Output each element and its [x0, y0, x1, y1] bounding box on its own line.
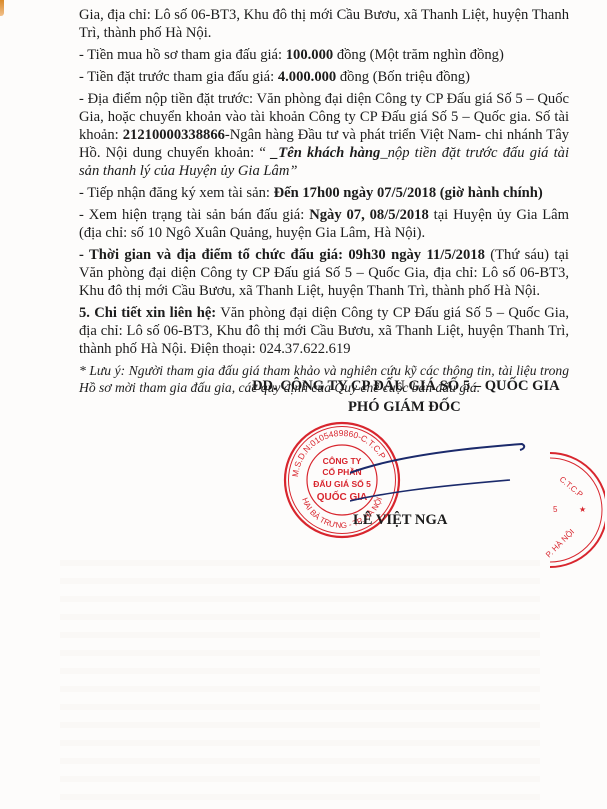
handwritten-signature-icon	[350, 440, 530, 530]
signer-name: LÊ VIỆT NGA	[353, 512, 447, 529]
text-run: _Tên khách hàng	[271, 145, 380, 161]
text-run: 21210000338866	[123, 127, 225, 143]
paragraph-deposit-location: - Địa điểm nộp tiền đặt trước: Văn phòng…	[79, 90, 569, 180]
svg-text:CỔ PHẦN: CỔ PHẦN	[322, 466, 361, 477]
svg-text:★: ★	[579, 505, 586, 514]
paragraph-viewing: - Xem hiện trạng tài sản bán đấu giá: Ng…	[79, 206, 569, 242]
paragraph-contact: 5. Chi tiết xin liên hệ: Văn phòng đại d…	[79, 304, 569, 358]
text-run: - Thời gian và địa điểm tổ chức đấu giá:…	[79, 247, 485, 263]
paper-bleed-through	[60, 560, 540, 800]
svg-text:QUỐC GIA: QUỐC GIA	[317, 489, 368, 503]
text-run: 5. Chi tiết xin liên hệ:	[79, 305, 216, 321]
text-run: - Tiền mua hồ sơ tham gia đấu giá:	[79, 47, 286, 63]
text-run: Gia, địa chỉ: Lô số 06-BT3, Khu đô thị m…	[79, 7, 569, 41]
svg-text:M.S.D.N:0105489860-C.T.C.P: M.S.D.N:0105489860-C.T.C.P	[290, 428, 388, 478]
text-run: 4.000.000	[278, 69, 336, 85]
role-title: PHÓ GIÁM ĐỐC	[348, 399, 461, 416]
partial-seal-icon: C.T.C.P ★ 5 P. HÀ NỘI	[545, 450, 605, 570]
svg-text:5: 5	[553, 505, 558, 514]
text-run: đồng (Một trăm nghìn đồng)	[333, 47, 504, 63]
company-seal-icon: M.S.D.N:0105489860-C.T.C.P HAI BÀ TRƯNG …	[282, 420, 402, 540]
paragraph-deposit-amount: - Tiền đặt trước tham gia đấu giá: 4.000…	[79, 68, 569, 86]
document-body: Gia, địa chỉ: Lô số 06-BT3, Khu đô thị m…	[79, 6, 569, 400]
text-run: Ngày 07, 08/5/2018	[309, 207, 429, 223]
text-run: Đến 17h00 ngày 07/5/2018 (giờ hành chính…	[274, 185, 543, 201]
svg-text:ĐẤU GIÁ SỐ 5: ĐẤU GIÁ SỐ 5	[313, 478, 371, 489]
svg-text:C.T.C.P: C.T.C.P	[558, 475, 585, 500]
svg-text:CÔNG TY: CÔNG TY	[323, 455, 362, 466]
paragraph-note: * Lưu ý: Người tham gia đấu giá tham khả…	[79, 362, 569, 396]
paragraph-address-continuation: Gia, địa chỉ: Lô số 06-BT3, Khu đô thị m…	[79, 6, 569, 42]
text-run: - Tiền đặt trước tham gia đấu giá:	[79, 69, 278, 85]
paragraph-registration: - Tiếp nhận đăng ký xem tài sản: Đến 17h…	[79, 184, 569, 202]
text-run: đồng (Bốn triệu đồng)	[336, 69, 470, 85]
text-run: 100.000	[286, 47, 333, 63]
paragraph-auction-time: - Thời gian và địa điểm tổ chức đấu giá:…	[79, 246, 569, 300]
text-run: * Lưu ý: Người tham gia đấu giá tham khả…	[79, 363, 569, 395]
text-run: - Tiếp nhận đăng ký xem tài sản:	[79, 185, 274, 201]
page-edge-mark	[0, 0, 4, 16]
svg-text:HAI BÀ TRƯNG - TP. HÀ NỘI: HAI BÀ TRƯNG - TP. HÀ NỘI	[300, 496, 384, 530]
svg-text:P. HÀ NỘI: P. HÀ NỘI	[545, 527, 576, 559]
text-run: - Xem hiện trạng tài sản bán đấu giá:	[79, 207, 309, 223]
paragraph-fee-dossier: - Tiền mua hồ sơ tham gia đấu giá: 100.0…	[79, 46, 569, 64]
